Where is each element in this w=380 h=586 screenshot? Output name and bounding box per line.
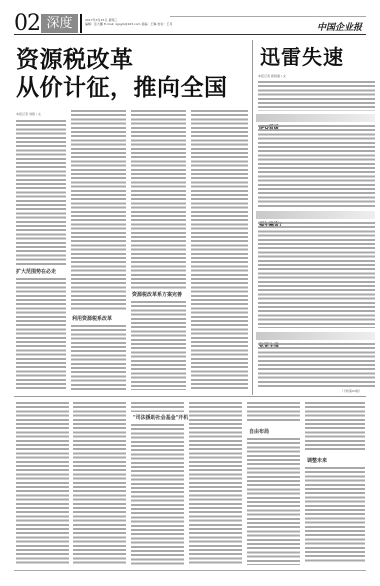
headline-line-2: 从价计征，推向全国 <box>16 74 228 102</box>
section-divider <box>80 14 82 33</box>
lower-subhead-3: 调整未来 <box>307 458 327 464</box>
sidebar-section-header-transform: 弦更主推 <box>256 332 375 340</box>
main-headline: 资源税改革 从价计征，推向全国 <box>16 46 228 102</box>
main-article-column-3 <box>131 110 186 290</box>
sidebar-intro-text <box>258 81 375 111</box>
sidebar-section-transform-text <box>258 343 375 388</box>
section-divider-rule <box>14 396 366 397</box>
main-article-column-1 <box>16 120 66 265</box>
main-article-column-2 <box>71 110 126 310</box>
continued-note: （下转第03版） <box>340 389 362 393</box>
main-article-column-4 <box>191 110 248 390</box>
section-tag: 深度 <box>41 14 78 33</box>
main-article-column-2b <box>71 325 126 390</box>
sidebar-divider <box>252 40 253 395</box>
main-subhead-2: 利用资源税系改革 <box>72 316 112 322</box>
lower-subhead-1: "司法援助社会基金"开机 <box>133 415 188 421</box>
lower-column-3 <box>131 424 184 565</box>
sidebar-section-ipo-text <box>258 125 375 207</box>
sidebar-section-header-financing: 福年融资? <box>256 211 375 219</box>
masthead-meta: 2017年3月15日 星期三 编辑：张大鹏 E-mail: zgqyb@163.… <box>85 18 175 26</box>
sidebar-title: 迅雷失速 <box>260 45 344 69</box>
newspaper-logo: 中国企业报 <box>317 20 362 33</box>
main-subhead-3: 资源税改革系方案完善 <box>132 292 182 298</box>
main-subhead-1: 扩大范围势在必走 <box>16 269 56 275</box>
sidebar-section-header-ipo: IPO暂缓 <box>256 114 375 122</box>
lower-column-1 <box>16 402 69 565</box>
page-number: 02 <box>14 13 40 35</box>
headline-line-1: 资源税改革 <box>16 46 228 74</box>
header-rule <box>14 34 366 35</box>
lower-subhead-2: 自由布局 <box>249 429 269 435</box>
meta-editors: 编辑：张大鹏 E-mail: zgqyb@163.com 美编：王琳 校对：王丹 <box>85 22 175 26</box>
footer-rule <box>14 570 366 571</box>
main-article-column-3b <box>131 301 186 390</box>
sidebar-section-financing-text <box>258 222 375 328</box>
lower-column-5 <box>247 438 300 565</box>
lower-column-6-top <box>305 402 365 452</box>
lower-column-5-top <box>247 402 300 422</box>
header-thin-rule <box>170 16 366 17</box>
main-article-column-1b <box>16 278 66 390</box>
lower-column-6 <box>305 467 365 562</box>
lower-column-4 <box>189 402 242 565</box>
lower-column-3-top <box>131 402 184 412</box>
sidebar-byline: 本报记者 蒋婉翡 / 文 <box>258 74 286 78</box>
main-byline: 本报记者 刘胜 / 文 <box>16 112 41 116</box>
lower-column-2 <box>73 402 126 565</box>
